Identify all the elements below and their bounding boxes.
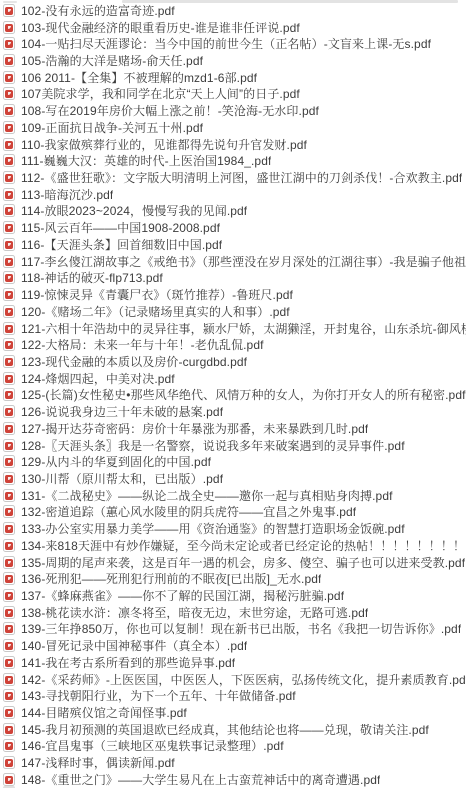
pdf-file-icon	[3, 271, 15, 284]
pdf-file-icon	[3, 372, 15, 385]
file-name: 143-寻找朝阳行业，为下一个五年、十年做储备.pdf	[21, 687, 296, 704]
file-item[interactable]: 104-一贴扫尽天涯谬论：当今中国的前世今生（正名帖）-文盲来上课-无s.pdf	[0, 35, 466, 52]
file-item[interactable]: 117-李幺傻江湖故事之《戒绝书》（那些湮没在岁月深处的江湖往事）-我是骗子他祖…	[0, 253, 466, 270]
file-name: 110-我家做殡葬行业的，见谁都得先说句升官发财.pdf	[21, 136, 307, 153]
file-name: 102-没有永远的造富奇迹.pdf	[21, 2, 175, 19]
file-rows-container: 102-没有永远的造富奇迹.pdf 103-现代金融经济的眼重看历史-谁是谁非任…	[0, 2, 466, 788]
file-name: 137-《蜂麻燕雀》——你不了解的民国江湖，揭秘污脏骗.pdf	[21, 587, 344, 604]
file-item[interactable]: 147-浅释时事，偶读新闻.pdf	[0, 754, 466, 771]
file-name: 131-《二战秘史》——纵论二战全史——邀你一起与真相贴身肉搏.pdf	[21, 487, 393, 504]
file-name: 133-办公室实用暴力美学——用《资治通鉴》的智慧打造职场金饭碗.pdf	[21, 520, 405, 537]
file-name: 134-来818天涯中有炒作嫌疑，至今尚未定论或者已经定论的热帖！！！！！！！！…	[21, 537, 466, 554]
pdf-file-icon	[3, 305, 15, 318]
file-item[interactable]: 105-浩瀚的大洋是赌场-俞天任.pdf	[0, 52, 466, 69]
file-name: 125-(长篇)女性秘史•那些风华绝代、风情万种的女人，为你打开女人的所有秘密.…	[21, 386, 466, 403]
file-item[interactable]: 144-目睹殡仪馆之奇闻怪事.pdf	[0, 704, 466, 721]
file-name: 147-浅释时事，偶读新闻.pdf	[21, 754, 175, 771]
file-item[interactable]: 113-暗海沉沙.pdf	[0, 186, 466, 203]
file-item[interactable]: 112-《盛世狂歌》：文字版大明清明上河图，盛世江湖中的刀剑杀伐！-合欢教主.p…	[0, 169, 466, 186]
pdf-file-icon	[3, 154, 15, 167]
file-name: 113-暗海沉沙.pdf	[21, 186, 113, 203]
file-name: 119-惊悚灵异《青囊尸衣》（斑竹推荐）-鲁班尺.pdf	[21, 286, 293, 303]
pdf-file-icon	[3, 355, 15, 368]
file-item[interactable]: 146-宜昌鬼事（三峡地区巫鬼轶事记录整理）.pdf	[0, 738, 466, 755]
file-item[interactable]: 132-密道追踪（蕙心风水陵里的阴兵虎符——宜昌之外鬼事.pdf	[0, 504, 466, 521]
pdf-file-icon	[3, 338, 15, 351]
file-name: 136-死刑犯——死刑犯行刑前的不眠夜[已出版]_无水.pdf	[21, 570, 321, 587]
pdf-file-icon	[3, 37, 15, 50]
file-item[interactable]: 131-《二战秘史》——纵论二战全史——邀你一起与真相贴身肉搏.pdf	[0, 487, 466, 504]
file-item[interactable]: 130-川帮（原川帮太和，已出版）.pdf	[0, 470, 466, 487]
file-name: 128-〖天涯头条〗我是一名警察，说说我多年来破案遇到的灵异事件.pdf	[21, 437, 405, 454]
file-name: 130-川帮（原川帮太和，已出版）.pdf	[21, 470, 223, 487]
pdf-file-icon	[3, 87, 15, 100]
pdf-file-icon	[3, 204, 15, 217]
file-name: 148-《重世之门》——大学生易凡在上古蛮荒神话中的离奇遭遇.pdf	[21, 771, 380, 788]
file-name: 129-从内斗的华夏到固化的中国.pdf	[21, 453, 211, 470]
file-item[interactable]: 110-我家做殡葬行业的，见谁都得先说句升官发财.pdf	[0, 136, 466, 153]
pdf-file-icon	[3, 656, 15, 669]
pdf-file-icon	[3, 238, 15, 251]
file-item[interactable]: 140-冒死记录中国神秘事件（真全本）.pdf	[0, 637, 466, 654]
file-name: 105-浩瀚的大洋是赌场-俞天任.pdf	[21, 52, 203, 69]
pdf-file-icon	[3, 255, 15, 268]
file-item[interactable]: 125-(长篇)女性秘史•那些风华绝代、风情万种的女人，为你打开女人的所有秘密.…	[0, 387, 466, 404]
file-item[interactable]: 102-没有永远的造富奇迹.pdf	[0, 2, 466, 19]
pdf-file-icon	[3, 489, 15, 502]
pdf-file-icon	[3, 288, 15, 301]
pdf-file-icon	[3, 4, 15, 17]
pdf-file-icon	[3, 622, 15, 635]
file-item[interactable]: 133-办公室实用暴力美学——用《资治通鉴》的智慧打造职场金饭碗.pdf	[0, 520, 466, 537]
file-item[interactable]: 127-揭开达芬奇密码：房价十年暴涨为那番，未来暴跌到几时.pdf	[0, 420, 466, 437]
pdf-file-icon	[3, 388, 15, 401]
pdf-file-icon	[3, 405, 15, 418]
file-item[interactable]: 136-死刑犯——死刑犯行刑前的不眠夜[已出版]_无水.pdf	[0, 570, 466, 587]
file-name: 142-《采药师》-上医医国，中医医人，下医医病，弘扬传统文化，提升素质教育.p…	[21, 671, 466, 688]
file-name: 106 2011-【全集】不被理解的mzd1-6部.pdf	[21, 69, 257, 86]
file-item[interactable]: 126-说说我身边三十年未破的悬案.pdf	[0, 403, 466, 420]
file-item[interactable]: 119-惊悚灵异《青囊尸衣》（斑竹推荐）-鲁班尺.pdf	[0, 286, 466, 303]
pdf-file-icon	[3, 439, 15, 452]
file-item[interactable]: 118-神话的破灭-flp713.pdf	[0, 270, 466, 287]
pdf-file-icon	[3, 773, 15, 786]
file-item[interactable]: 135-周期的尾声来袭，这是百年一遇的机会，房多、傻空、骗子也可以进来受教.pd…	[0, 554, 466, 571]
pdf-file-icon	[3, 54, 15, 67]
file-item[interactable]: 114-放眼2023~2024，慢慢写我的见闻.pdf	[0, 203, 466, 220]
file-name: 140-冒死记录中国神秘事件（真全本）.pdf	[21, 637, 247, 654]
pdf-file-icon	[3, 455, 15, 468]
pdf-file-icon	[3, 539, 15, 552]
pdf-file-icon	[3, 589, 15, 602]
file-item[interactable]: 103-现代金融经济的眼重看历史-谁是谁非任评说.pdf	[0, 19, 466, 36]
file-item[interactable]: 139-三年挣850万，你也可以复制！现在新书已出版，书名《我把一切告诉你》.p…	[0, 621, 466, 638]
pdf-file-icon	[3, 121, 15, 134]
file-item[interactable]: 128-〖天涯头条〗我是一名警察，说说我多年来破案遇到的灵异事件.pdf	[0, 437, 466, 454]
pdf-file-icon	[3, 188, 15, 201]
file-item[interactable]: 145-我月初预测的英国退欧已经成真，其他结论也将——兑现，敬请关注.pdf	[0, 721, 466, 738]
file-name: 146-宜昌鬼事（三峡地区巫鬼轶事记录整理）.pdf	[21, 737, 284, 754]
file-name: 145-我月初预测的英国退欧已经成真，其他结论也将——兑现，敬请关注.pdf	[21, 721, 429, 738]
file-name: 104-一贴扫尽天涯谬论：当今中国的前世今生（正名帖）-文盲来上课-无s.pdf	[21, 35, 431, 52]
file-name: 139-三年挣850万，你也可以复制！现在新书已出版，书名《我把一切告诉你》.p…	[21, 620, 461, 637]
file-name: 121-六相十年浩劫中的灵异往事，颍水尸娇，太湖獭淫，开封鬼谷，山东杀坑-御风楼…	[21, 320, 466, 337]
file-name: 117-李幺傻江湖故事之《戒绝书》（那些湮没在岁月深处的江湖往事）-我是骗子他祖…	[21, 253, 466, 270]
file-item[interactable]: 134-来818天涯中有炒作嫌疑，至今尚未定论或者已经定论的热帖！！！！！！！！…	[0, 537, 466, 554]
file-name: 108-写在2019年房价大幅上涨之前！-笑沧海-无水印.pdf	[21, 102, 319, 119]
file-item[interactable]: 148-《重世之门》——大学生易凡在上古蛮荒神话中的离奇遭遇.pdf	[0, 771, 466, 788]
pdf-file-icon	[3, 572, 15, 585]
file-name: 111-巍巍大汉：英雄的时代-上医治国1984_.pdf	[21, 152, 271, 169]
file-item[interactable]: 107美院求学，我和同学在北京“天上人间”的日子.pdf	[0, 86, 466, 103]
file-item[interactable]: 129-从内斗的华夏到固化的中国.pdf	[0, 453, 466, 470]
file-item[interactable]: 108-写在2019年房价大幅上涨之前！-笑沧海-无水印.pdf	[0, 102, 466, 119]
pdf-file-icon	[3, 756, 15, 769]
pdf-file-icon	[3, 639, 15, 652]
pdf-file-icon	[3, 739, 15, 752]
pdf-file-icon	[3, 71, 15, 84]
file-name: 144-目睹殡仪馆之奇闻怪事.pdf	[21, 704, 187, 721]
file-item[interactable]: 122-大格局：未来一年与十年！-老仇乱侃.pdf	[0, 336, 466, 353]
file-item[interactable]: 142-《采药师》-上医医国，中医医人，下医医病，弘扬传统文化，提升素质教育.p…	[0, 671, 466, 688]
file-name: 103-现代金融经济的眼重看历史-谁是谁非任评说.pdf	[21, 19, 300, 36]
pdf-file-icon	[3, 21, 15, 34]
pdf-file-icon	[3, 706, 15, 719]
file-name: 126-说说我身边三十年未破的悬案.pdf	[21, 403, 223, 420]
pdf-file-icon	[3, 689, 15, 702]
file-item[interactable]: 123-现代金融的本质以及房价-curgdbd.pdf	[0, 353, 466, 370]
file-item[interactable]: 106 2011-【全集】不被理解的mzd1-6部.pdf	[0, 69, 466, 86]
file-item[interactable]: 141-我在考古系所看到的那些诡异事.pdf	[0, 654, 466, 671]
file-name: 116-【天涯头条】回首细数旧中国.pdf	[21, 236, 222, 253]
file-name: 132-密道追踪（蕙心风水陵里的阴兵虎符——宜昌之外鬼事.pdf	[21, 503, 356, 520]
pdf-file-icon	[3, 104, 15, 117]
pdf-file-icon	[3, 138, 15, 151]
file-name: 138-桃花读水浒：凛冬将至，暗夜无边，末世穷途，无路可逃.pdf	[21, 604, 368, 621]
file-name: 135-周期的尾声来袭，这是百年一遇的机会，房多、傻空、骗子也可以进来受教.pd…	[21, 554, 465, 571]
file-name: 124-烽烟四起，中美对决.pdf	[21, 370, 175, 387]
pdf-file-icon	[3, 322, 15, 335]
file-name: 114-放眼2023~2024，慢慢写我的见闻.pdf	[21, 202, 247, 219]
file-name: 118-神话的破灭-flp713.pdf	[21, 269, 163, 286]
file-item[interactable]: 109-正面抗日战争-关河五十州.pdf	[0, 119, 466, 136]
pdf-file-icon	[3, 556, 15, 569]
file-item[interactable]: 138-桃花读水浒：凛冬将至，暗夜无边，末世穷途，无路可逃.pdf	[0, 604, 466, 621]
file-item[interactable]: 116-【天涯头条】回首细数旧中国.pdf	[0, 236, 466, 253]
clipped-previous-row-icon	[3, 1, 17, 3]
pdf-file-icon	[3, 673, 15, 686]
pdf-file-icon	[3, 723, 15, 736]
pdf-file-list: 102-没有永远的造富奇迹.pdf 103-现代金融经济的眼重看历史-谁是谁非任…	[0, 0, 466, 788]
file-item[interactable]: 124-烽烟四起，中美对决.pdf	[0, 370, 466, 387]
file-item[interactable]: 137-《蜂麻燕雀》——你不了解的民国江湖，揭秘污脏骗.pdf	[0, 587, 466, 604]
file-item[interactable]: 143-寻找朝阳行业，为下一个五年、十年做储备.pdf	[0, 687, 466, 704]
file-name: 123-现代金融的本质以及房价-curgdbd.pdf	[21, 353, 247, 370]
file-name: 112-《盛世狂歌》：文字版大明清明上河图，盛世江湖中的刀剑杀伐！-合欢教主.p…	[21, 169, 462, 186]
clipped-previous-row-text	[122, 0, 458, 3]
pdf-file-icon	[3, 422, 15, 435]
pdf-file-icon	[3, 171, 15, 184]
file-name: 107美院求学，我和同学在北京“天上人间”的日子.pdf	[21, 85, 300, 102]
file-name: 120-《赌场二年》（记录赌场里真实的人和事）.pdf	[21, 303, 290, 320]
pdf-file-icon	[3, 505, 15, 518]
pdf-file-icon	[3, 472, 15, 485]
file-name: 115-风云百年——中国1908-2008.pdf	[21, 219, 220, 236]
file-item[interactable]: 120-《赌场二年》（记录赌场里真实的人和事）.pdf	[0, 303, 466, 320]
file-name: 127-揭开达芬奇密码：房价十年暴涨为那番，未来暴跌到几时.pdf	[21, 420, 368, 437]
pdf-file-icon	[3, 522, 15, 535]
file-item[interactable]: 115-风云百年——中国1908-2008.pdf	[0, 219, 466, 236]
file-item[interactable]: 111-巍巍大汉：英雄的时代-上医治国1984_.pdf	[0, 152, 466, 169]
file-item[interactable]: 121-六相十年浩劫中的灵异往事，颍水尸娇，太湖獭淫，开封鬼谷，山东杀坑-御风楼…	[0, 320, 466, 337]
file-name: 122-大格局：未来一年与十年！-老仇乱侃.pdf	[21, 336, 264, 353]
pdf-file-icon	[3, 221, 15, 234]
file-name: 109-正面抗日战争-关河五十州.pdf	[21, 119, 203, 136]
file-name: 141-我在考古系所看到的那些诡异事.pdf	[21, 654, 235, 671]
pdf-file-icon	[3, 606, 15, 619]
